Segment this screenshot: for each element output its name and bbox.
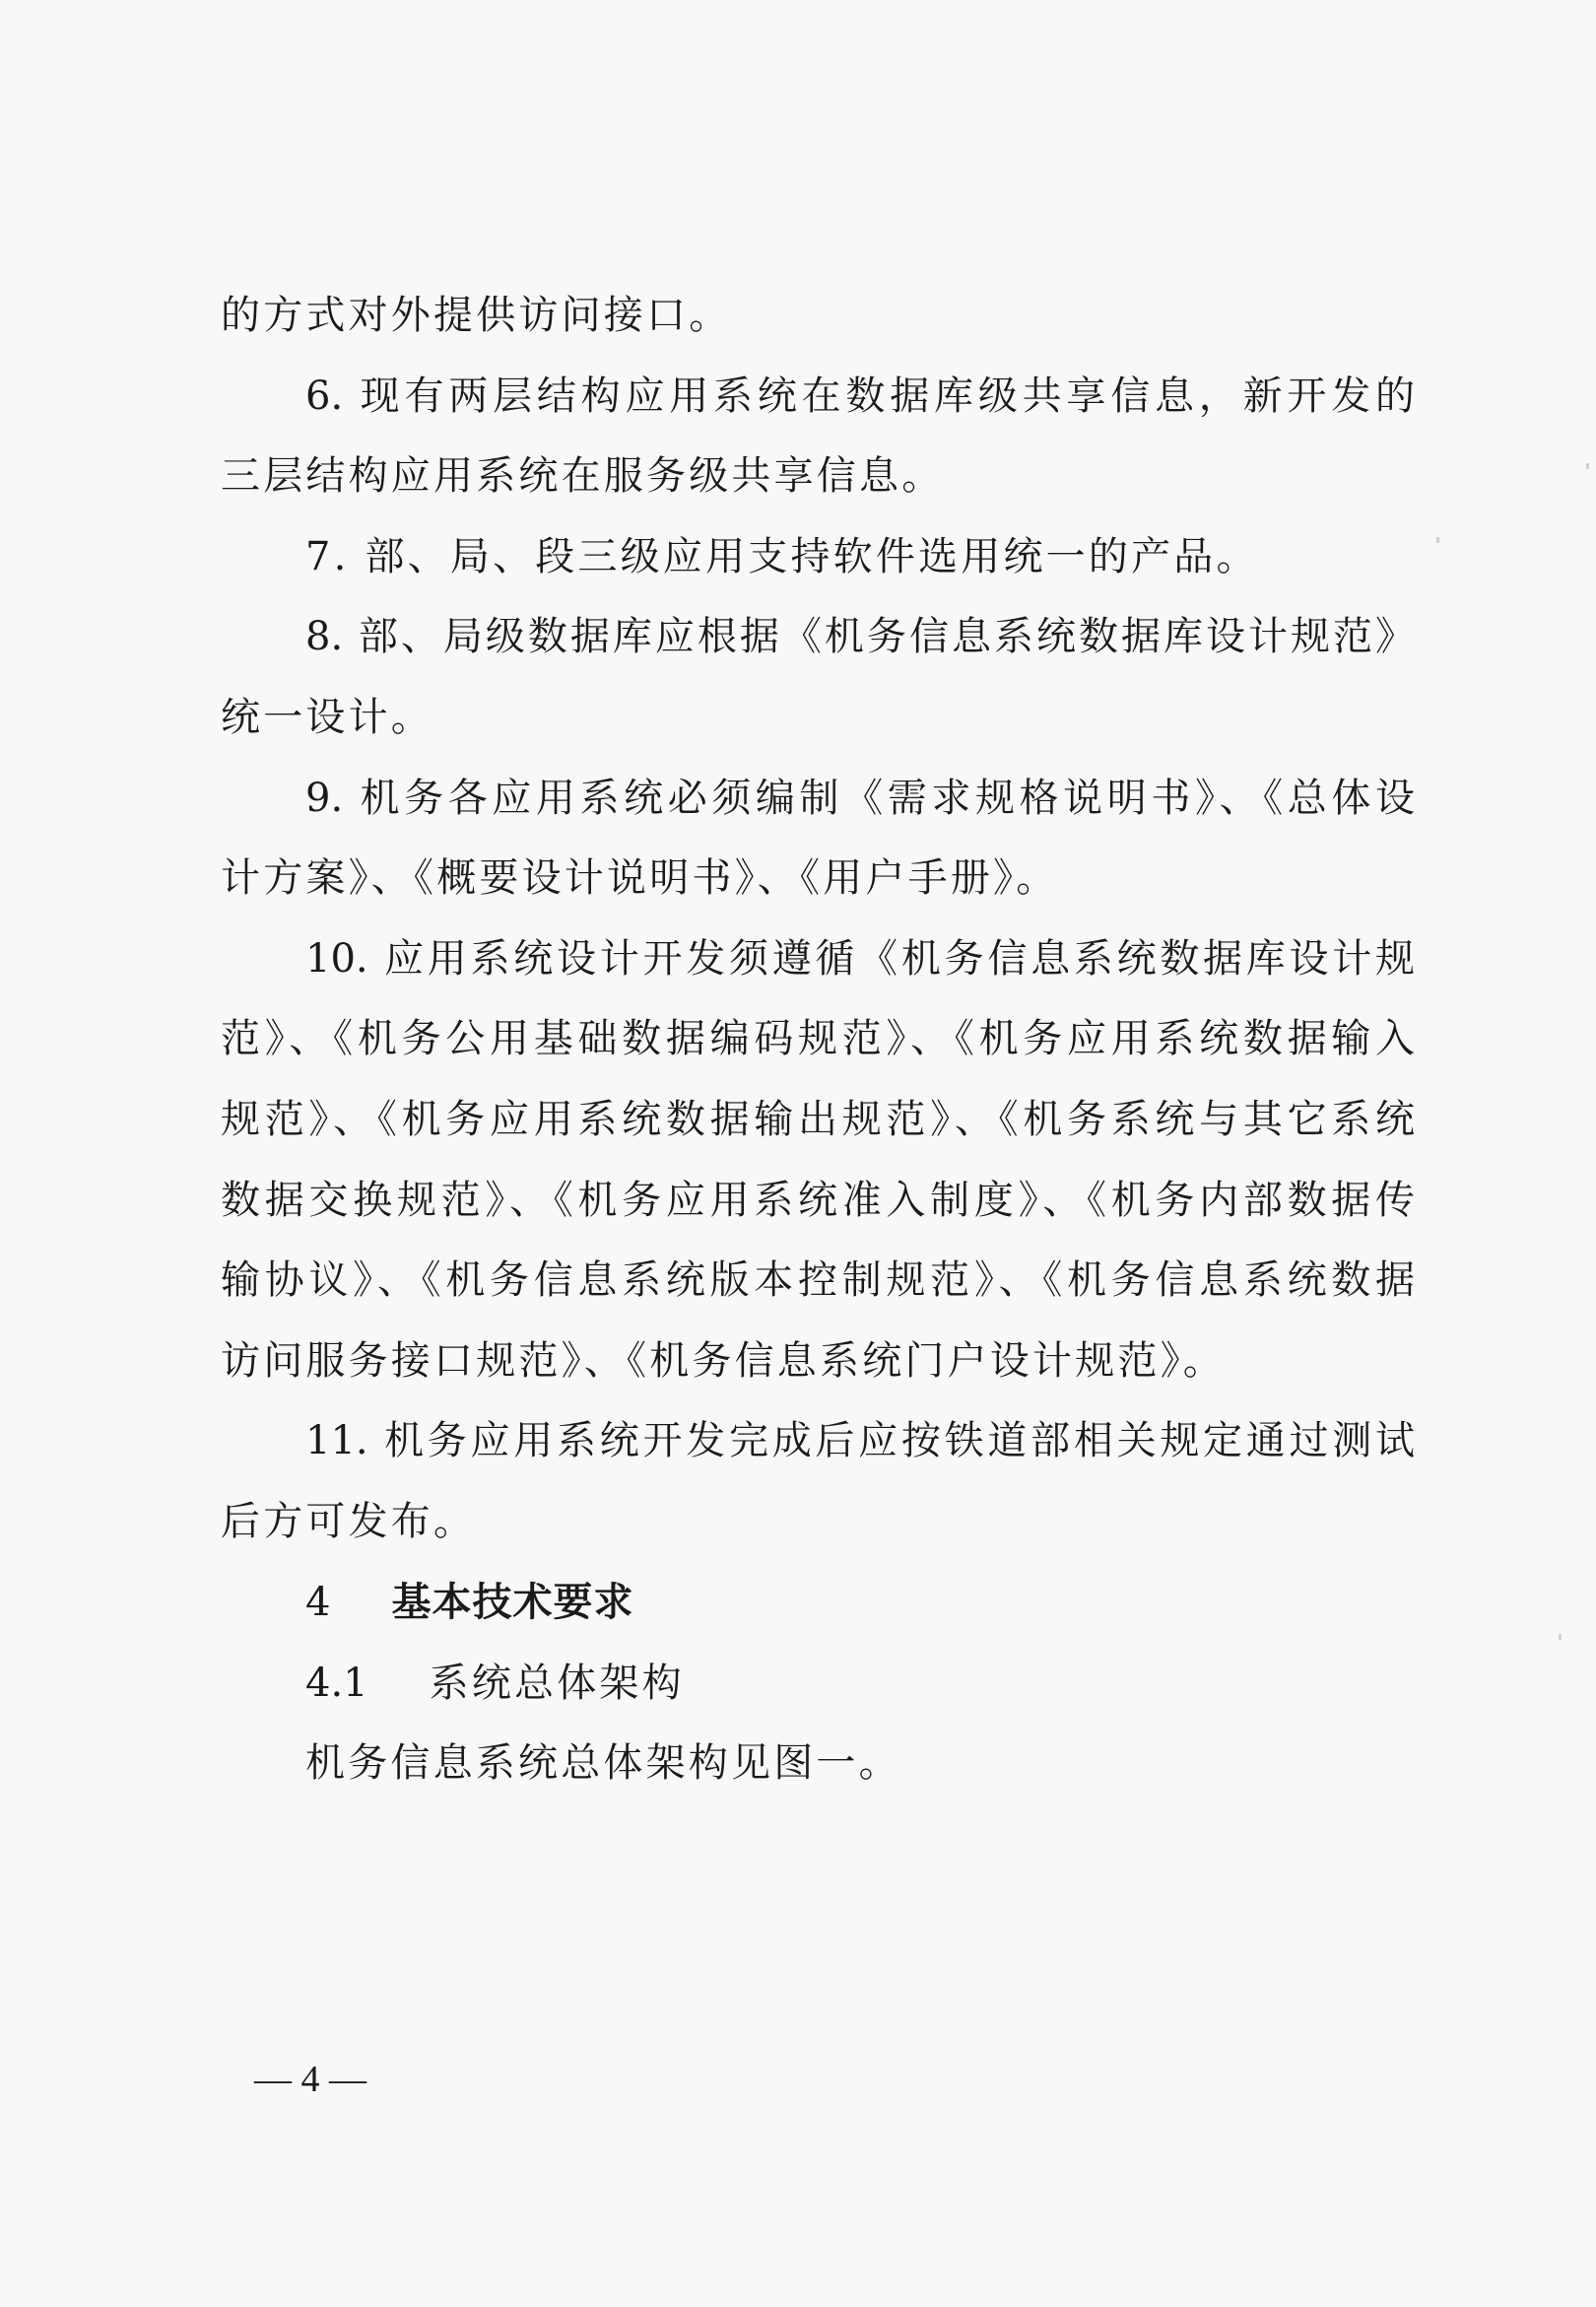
- paragraph-line: 11. 机务应用系统开发完成后应按铁道部相关规定通过测试: [221, 1411, 1415, 1492]
- scan-speck: [1559, 1634, 1562, 1640]
- section-title: 基本技术要求: [391, 1580, 633, 1625]
- paragraph-line: 的方式对外提供访问接口。: [221, 286, 1415, 367]
- subsection-title: 系统总体架构: [430, 1661, 685, 1706]
- scan-speck: [1586, 463, 1589, 469]
- paragraph-line: 6. 现有两层结构应用系统在数据库级共享信息，新开发的: [221, 367, 1415, 447]
- paragraph-line: 访问服务接口规范》、《机务信息系统门户设计规范》。: [221, 1331, 1415, 1412]
- paragraph-line: 范》、《机务公用基础数据编码规范》、《机务应用系统数据输入: [221, 1009, 1415, 1090]
- paragraph-line: 输协议》、《机务信息系统版本控制规范》、《机务信息系统数据: [221, 1251, 1415, 1331]
- paragraph-line: 7. 部、局、段三级应用支持软件选用统一的产品。: [221, 527, 1415, 608]
- paragraph-line: 规范》、《机务应用系统数据输出规范》、《机务系统与其它系统: [221, 1090, 1415, 1171]
- page-number: — 4 —: [254, 2058, 366, 2101]
- paragraph-line: 数据交换规范》、《机务应用系统准入制度》、《机务内部数据传: [221, 1171, 1415, 1252]
- paragraph-line: 10. 应用系统设计开发须遵循《机务信息系统数据库设计规: [221, 929, 1415, 1010]
- paragraph-line: 计方案》、《概要设计说明书》、《用户手册》。: [221, 848, 1415, 929]
- section-heading: 4基本技术要求: [221, 1573, 1415, 1654]
- paragraph-line: 统一设计。: [221, 688, 1415, 769]
- scan-speck: [1436, 537, 1439, 543]
- paragraph-line: 8. 部、局级数据库应根据《机务信息系统数据库设计规范》: [221, 607, 1415, 688]
- paragraph-line: 机务信息系统总体架构见图一。: [221, 1733, 1415, 1814]
- paragraph-line: 后方可发布。: [221, 1492, 1415, 1573]
- subsection-heading: 4.1系统总体架构: [221, 1654, 1415, 1734]
- paragraph-line: 三层结构应用系统在服务级共享信息。: [221, 446, 1415, 527]
- section-number: 4: [305, 1580, 330, 1625]
- subsection-number: 4.1: [305, 1661, 368, 1706]
- paragraph-line: 9. 机务各应用系统必须编制《需求规格说明书》、《总体设: [221, 769, 1415, 849]
- document-page: 的方式对外提供访问接口。 6. 现有两层结构应用系统在数据库级共享信息，新开发的…: [221, 286, 1415, 1814]
